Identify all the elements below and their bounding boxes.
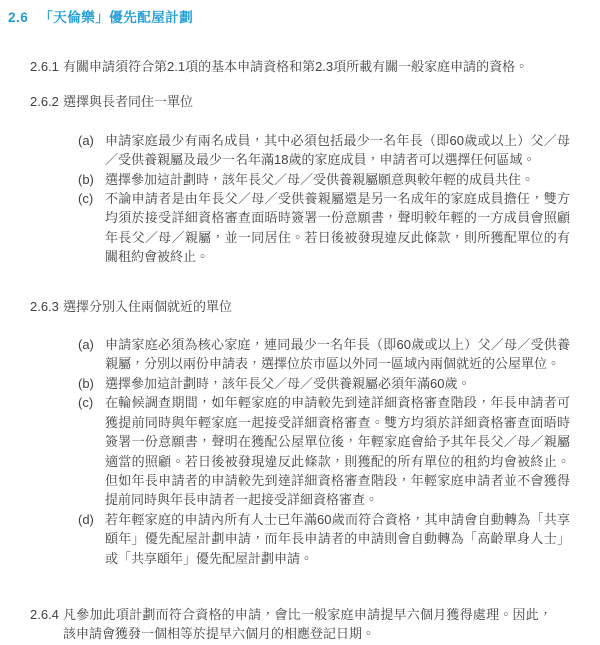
item-text: 若年輕家庭的申請內所有人士已年滿60歲而符合資格，其申請會自動轉為「共享頤年」優…	[105, 510, 570, 568]
item-label: (a)	[78, 335, 105, 374]
section-body: 有關申請須符合第2.1項的基本申請資格和第2.3項所載有關一般家庭申請的資格。	[63, 57, 585, 76]
list-item-a: (a) 申請家庭最少有兩名成員，其中必須包括最少一名年長（即60歲或以上）父／母…	[78, 131, 585, 170]
item-label: (d)	[78, 510, 105, 568]
section-2-6-4: 2.6.4 凡參加此項計劃而符合資格的申請，會比一般家庭申請提早六個月獲得處理。…	[30, 605, 585, 644]
item-text: 選擇參加這計劃時，該年長父／母／受供養親屬必須年滿60歲。	[105, 374, 570, 393]
section-body: 凡參加此項計劃而符合資格的申請，會比一般家庭申請提早六個月獲得處理。因此，該申請…	[63, 605, 585, 644]
list-item-a: (a) 申請家庭必須為核心家庭，連同最少一名年長（即60歲或以上）父／母／受供養…	[78, 335, 585, 374]
section-2-6-2: 2.6.2 選擇與長者同住一單位 (a) 申請家庭最少有兩名成員，其中必須包括最…	[30, 92, 585, 266]
item-text: 在輪候調查期間，如年輕家庭的申請較先到達詳細資格審查階段，年長申請者可獲提前同時…	[105, 393, 570, 509]
item-label: (b)	[78, 374, 105, 393]
item-label: (c)	[78, 393, 105, 509]
section-number: 2.6.2	[30, 92, 63, 266]
section-body: 選擇分別入住兩個就近的單位 (a) 申請家庭必須為核心家庭，連同最少一名年長（即…	[63, 297, 585, 568]
list-item-d: (d) 若年輕家庭的申請內所有人士已年滿60歲而符合資格，其申請會自動轉為「共享…	[78, 510, 585, 568]
list-item-c: (c) 在輪候調查期間，如年輕家庭的申請較先到達詳細資格審查階段，年長申請者可獲…	[78, 393, 585, 509]
section-number: 2.6.3	[30, 297, 63, 568]
item-label: (c)	[78, 189, 105, 267]
list-item-b: (b) 選擇參加這計劃時，該年長父／母／受供養親屬願意與較年輕的成員共住。	[78, 170, 585, 189]
item-list: (a) 申請家庭必須為核心家庭，連同最少一名年長（即60歲或以上）父／母／受供養…	[78, 335, 585, 568]
chapter-heading: 2.6 「天倫樂」優先配屋計劃	[8, 10, 600, 26]
item-text: 選擇參加這計劃時，該年長父／母／受供養親屬願意與較年輕的成員共住。	[105, 170, 570, 189]
item-text: 申請家庭最少有兩名成員，其中必須包括最少一名年長（即60歲或以上）父／母／受供養…	[105, 131, 570, 170]
section-title: 選擇與長者同住一單位	[63, 92, 585, 111]
section-title: 選擇分別入住兩個就近的單位	[63, 297, 585, 316]
chapter-number: 2.6	[8, 10, 28, 26]
section-2-6-3: 2.6.3 選擇分別入住兩個就近的單位 (a) 申請家庭必須為核心家庭，連同最少…	[30, 297, 585, 568]
chapter-title: 「天倫樂」優先配屋計劃	[39, 10, 193, 26]
section-2-6-1: 2.6.1 有關申請須符合第2.1項的基本申請資格和第2.3項所載有關一般家庭申…	[30, 57, 585, 76]
section-text: 有關申請須符合第2.1項的基本申請資格和第2.3項所載有關一般家庭申請的資格。	[63, 57, 552, 76]
section-number: 2.6.4	[30, 605, 63, 644]
item-label: (a)	[78, 131, 105, 170]
item-list: (a) 申請家庭最少有兩名成員，其中必須包括最少一名年長（即60歲或以上）父／母…	[78, 131, 585, 267]
item-text: 申請家庭必須為核心家庭，連同最少一名年長（即60歲或以上）父／母／受供養親屬，分…	[105, 335, 570, 374]
section-text: 凡參加此項計劃而符合資格的申請，會比一般家庭申請提早六個月獲得處理。因此，該申請…	[63, 605, 552, 644]
section-body: 選擇與長者同住一單位 (a) 申請家庭最少有兩名成員，其中必須包括最少一名年長（…	[63, 92, 585, 266]
item-text: 不論申請者是由年長父／母／受供養親屬還是另一名成年的家庭成員擔任，雙方均須於接受…	[105, 189, 570, 267]
list-item-b: (b) 選擇參加這計劃時，該年長父／母／受供養親屬必須年滿60歲。	[78, 374, 585, 393]
section-number: 2.6.1	[30, 57, 63, 76]
list-item-c: (c) 不論申請者是由年長父／母／受供養親屬還是另一名成年的家庭成員擔任，雙方均…	[78, 189, 585, 267]
document-page: 2.6 「天倫樂」優先配屋計劃 2.6.1 有關申請須符合第2.1項的基本申請資…	[0, 0, 600, 645]
item-label: (b)	[78, 170, 105, 189]
